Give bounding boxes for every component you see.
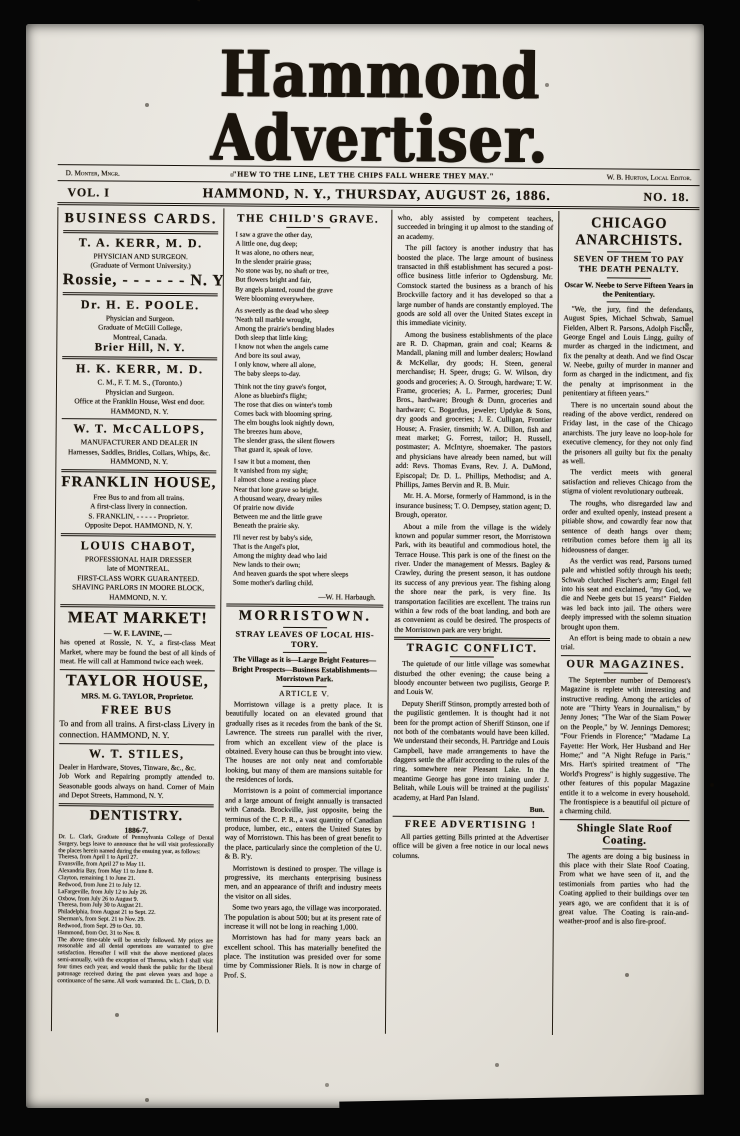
issue-number: NO. 18.	[643, 190, 689, 205]
news-paragraph: Deputy Sheriff Stinson, promptly arreste…	[393, 699, 549, 804]
business-card: W. T. McCALLOPS, MANUFACTURER AND DEALER…	[61, 422, 217, 468]
card-feature: FREE BUS	[59, 702, 214, 718]
rule-divider	[607, 251, 651, 252]
column-business-cards: BUSINESS CARDS. T. A. KERR, M. D. PHYSIC…	[52, 207, 224, 1032]
page-content: Hammond Advertiser. D. Monter, Mngr. "HE…	[18, 22, 704, 1111]
newspaper-page: Hammond Advertiser. D. Monter, Mngr. "HE…	[26, 24, 704, 1108]
article-paragraph: Morristown is a point of commercial impo…	[225, 786, 383, 862]
magazines-header: OUR MAGAZINES.	[561, 658, 691, 671]
news-paragraph: The quietude of our little village was s…	[394, 659, 550, 698]
business-card: FRANKLIN HOUSE, Free Bus to and from all…	[61, 474, 217, 531]
rule-divider	[63, 230, 218, 234]
rule-divider	[282, 686, 326, 687]
rule-divider	[286, 227, 330, 228]
scan-artifact-bar	[8, 31, 24, 133]
scan-blot-bottom-left	[0, 1110, 34, 1132]
rule-divider	[393, 816, 549, 818]
card-title: MEAT MARKET!	[60, 609, 216, 628]
rule-divider	[283, 626, 327, 627]
magazines-text: The September number of Demorest's Magaz…	[560, 675, 691, 817]
column-poem-morristown: THE CHILD'S GRAVE. I saw a grave the oth…	[217, 208, 391, 1033]
scan-shadow-bottom-right	[339, 1094, 740, 1136]
business-card: LOUIS CHABOT, PROFESSIONAL HAIR DRESSER …	[60, 538, 216, 603]
card-title: FRANKLIN HOUSE,	[61, 474, 217, 492]
rule-divider	[560, 819, 690, 821]
local-editor-byline: W. B. Hurton, Local Editor.	[607, 173, 692, 182]
article-paragraph: The pill factory is another industry tha…	[397, 243, 553, 329]
verdict-paragraph: An effort is being made to obtain a new …	[561, 633, 691, 653]
rule-divider	[561, 655, 691, 657]
card-title: T. A. KERR, M. D.	[63, 235, 218, 251]
card-title: Dr. H. E. POOLE.	[63, 297, 218, 313]
article-paragraph: Morristown is destined to prosper. The v…	[224, 863, 381, 902]
rule-divider	[59, 803, 214, 807]
masthead: Hammond Advertiser. D. Monter, Mngr. "HE…	[57, 50, 700, 210]
morristown-deck: The Village as it is—Large Bright Featur…	[226, 655, 383, 685]
rule-divider	[62, 419, 217, 421]
rule-divider	[607, 277, 651, 278]
article-paragraph: Mr. H. A. Morse, formerly of Hammond, is…	[395, 491, 551, 520]
verdict-paragraph: There is no uncertain sound about the re…	[562, 400, 693, 467]
scanned-newspaper: { "colors": { "paper": "#e7e4dd", "ink":…	[0, 0, 740, 1136]
card-body: PROFESSIONAL HAIR DRESSER late of MONTRE…	[60, 554, 216, 603]
masthead-title: Hammond Advertiser.	[58, 40, 701, 172]
poem-stanza: I saw it but a moment, then It vanished …	[233, 458, 385, 532]
rule-divider	[450, 656, 494, 657]
article-paragraph: who, ably assisted by competent teachers…	[397, 213, 553, 242]
rule-divider	[63, 292, 218, 296]
ink-specks	[26, 24, 28, 26]
business-card: W. T. STILES, Dealer in Hardware, Stoves…	[59, 746, 215, 801]
card-body: Free Bus to and from all trains. A first…	[61, 492, 217, 531]
rule-divider	[60, 604, 215, 608]
roof-coating-text: The agents are doing a big business in t…	[559, 851, 690, 927]
card-body: C. M., F. T. M. S., (Toronto.) Physician…	[62, 378, 218, 417]
poem-stanza: As sweetly as the dead who sleep 'Neath …	[234, 306, 386, 380]
poem-attribution: —W. H. Harbaugh.	[227, 591, 376, 601]
business-card: T. A. KERR, M. D. PHYSICIAN AND SURGEON.…	[63, 235, 219, 290]
business-card: TAYLOR HOUSE, MRS. M. G. TAYLOR, Proprie…	[59, 672, 215, 742]
card-place: Rossie, - - - - - - N. Y.	[63, 271, 219, 290]
free-advertising-text: All parties getting Bills printed at the…	[393, 832, 549, 861]
card-body: has opened at Rossie, N. Y., a first-cla…	[60, 637, 216, 667]
volume-label: VOL. I	[67, 185, 110, 200]
manager-byline: D. Monter, Mngr.	[66, 169, 120, 177]
card-body: Dealer in Hardware, Stoves, Tinware, &c.…	[59, 762, 215, 801]
article-paragraph: Morristown has had for many years back a…	[224, 933, 381, 981]
card-body: MANUFACTURER AND DEALER IN Harnesses, Sa…	[61, 438, 217, 468]
rule-divider	[61, 533, 216, 537]
rule-divider	[62, 357, 217, 361]
card-title: DENTISTRY.	[59, 808, 214, 825]
business-card: H. K. KERR, M. D. C. M., F. T. M. S., (T…	[62, 362, 218, 417]
poem-stanza: Think not the tiny grave's forgot, Alone…	[234, 382, 386, 456]
anarchists-deck: Oscar W. Neebe to Serve Fifteen Years in…	[564, 280, 694, 300]
card-title: TAYLOR HOUSE,	[60, 672, 216, 691]
verdict-paragraph: "We, the jury, find the defendants, Augu…	[563, 304, 694, 399]
rule-divider	[59, 743, 214, 745]
card-place: Brier Hill, N. Y.	[62, 342, 217, 355]
rule-divider	[283, 652, 327, 653]
business-card: Dr. H. E. POOLE. Physician and Surgeon. …	[62, 297, 218, 355]
rule-divider	[604, 672, 648, 673]
poem-title: THE CHILD'S GRAVE.	[230, 212, 387, 225]
morristown-header: MORRISTOWN.	[227, 608, 384, 625]
rule-divider	[61, 469, 216, 473]
dateline: HAMMOND, N. Y., THURSDAY, AUGUST 26, 188…	[203, 185, 551, 204]
verdict-paragraph: As the verdict was read, Parsons turned …	[561, 556, 692, 632]
card-body: To and from all trains. A first-class Li…	[59, 718, 215, 742]
business-cards-header: BUSINESS CARDS.	[63, 211, 218, 228]
scan-crease-line	[32, 0, 201, 2]
news-signature: Bun.	[393, 804, 545, 814]
article-paragraph: About a mile from the village is the wid…	[394, 521, 551, 635]
article-paragraph: Among the business establishments of the…	[396, 329, 553, 490]
business-card: DENTISTRY. 1886-7. Dr. L. Clark, Graduat…	[57, 808, 214, 986]
article-paragraph: Some two years ago, the village was inco…	[224, 903, 381, 932]
rule-divider	[60, 669, 215, 671]
card-body: PHYSICIAN AND SURGEON. (Graduate of Verm…	[63, 251, 219, 271]
verdict-paragraph: The verdict meets with general satisfact…	[562, 467, 692, 496]
business-card: MEAT MARKET! — W. F. LAVINE, — has opene…	[60, 609, 216, 667]
column-chicago-anarchists: CHICAGO ANARCHISTS. SEVEN OF THEM TO PAY…	[552, 211, 699, 1036]
poem-stanza: I saw a grave the other day, A little on…	[235, 231, 387, 305]
morristown-subhead: STRAY LEAVES OF LOCAL HIS-TORY.	[226, 629, 383, 651]
columns: BUSINESS CARDS. T. A. KERR, M. D. PHYSIC…	[51, 207, 699, 1036]
verdict-paragraph: The roughs, who disregarded law and orde…	[562, 498, 692, 555]
card-title: H. K. KERR, M. D.	[62, 362, 217, 378]
card-body: Physician and Surgeon. Graduate of McGil…	[62, 313, 218, 343]
free-advertising-header: FREE ADVERTISING !	[393, 819, 549, 831]
card-title: W. T. McCALLOPS,	[62, 422, 217, 438]
article-number: ARTICLE V.	[226, 688, 383, 698]
card-owner: MRS. M. G. TAYLOR, Proprietor.	[60, 691, 215, 701]
rule-divider	[227, 603, 384, 607]
card-title: LOUIS CHABOT,	[61, 538, 216, 554]
article-paragraph: Morristown village is a pretty place. It…	[225, 699, 383, 785]
tragic-conflict-header: TRAGIC CONFLICT.	[394, 642, 550, 655]
rule-divider	[602, 848, 646, 849]
card-title: W. T. STILES,	[59, 746, 214, 762]
rule-divider	[607, 301, 651, 302]
rule-divider	[394, 637, 550, 641]
roof-coating-header: Shingle Slate Roof Coating.	[559, 822, 689, 847]
anarchists-header: CHICAGO ANARCHISTS.	[567, 215, 691, 250]
card-body: Dr. L. Clark, Graduate of Pennsylvania C…	[57, 834, 214, 986]
column-local-news: who, ably assisted by competent teachers…	[385, 210, 558, 1035]
poem-stanza: I'll never rest by baby's side, That is …	[233, 534, 384, 590]
anarchists-subhead: SEVEN OF THEM TO PAY THE DEATH PENALTY.	[564, 254, 694, 276]
